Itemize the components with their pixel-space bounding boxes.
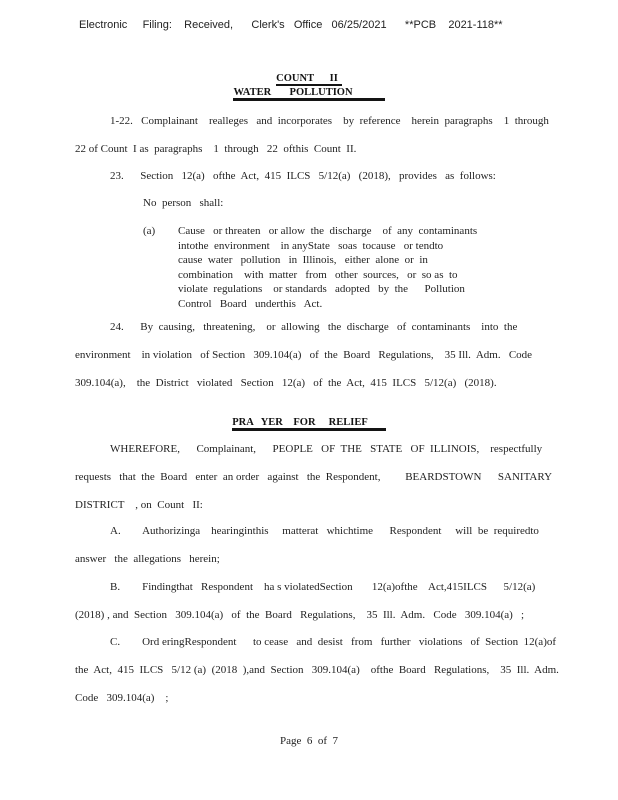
prayer-heading-text: PRA YER FOR RELIEF — [232, 417, 386, 431]
paragraph-line: 309.104(a), the District violated Sectio… — [75, 369, 585, 397]
count-heading-line2: WATER POLLUTION — [0, 86, 618, 100]
paragraph-line: Code 309.104(a) ; — [75, 684, 585, 712]
paragraph-line: 24. By causing, threatening, or allowing… — [75, 313, 585, 341]
paragraph-line: 23. Section 12(a) ofthe Act, 415 ILCS 5/… — [75, 162, 585, 190]
page-number-footer: Page 6 of 7 — [0, 735, 618, 747]
subparagraph-line: combination with matter from other sourc… — [178, 268, 498, 283]
subparagraph-line: violate regulations or standards adopted… — [178, 282, 498, 297]
paragraph-line: 22 of Count I as paragraphs 1 through 22… — [75, 135, 585, 163]
count-heading: COUNT II WATER POLLUTION — [0, 72, 618, 100]
paragraph-line: DISTRICT , on Count II: — [75, 491, 585, 519]
count-heading-title: COUNT II — [276, 73, 342, 86]
subparagraph-line: Cause or threaten or allow the discharge… — [178, 224, 498, 239]
paragraph-line: (2018) , and Section 309.104(a) of the B… — [75, 601, 585, 629]
paragraph-line: 1-22. Complainant realleges and incorpor… — [75, 107, 585, 135]
paragraph-line: requests that the Board enter an order a… — [75, 463, 585, 491]
paragraph-1-22: 1-22. Complainant realleges and incorpor… — [75, 107, 585, 163]
paragraph-line: answer the allegations herein; — [75, 545, 585, 573]
relief-item-c: C. Ord eringRespondent to cease and desi… — [75, 628, 585, 712]
paragraph-line: C. Ord eringRespondent to cease and desi… — [75, 628, 585, 656]
paragraph-line: WHEREFORE, Complainant, PEOPLE OF THE ST… — [75, 435, 585, 463]
relief-item-b: B. Findingthat Respondent ha s violatedS… — [75, 573, 585, 629]
paragraph-line: B. Findingthat Respondent ha s violatedS… — [75, 573, 585, 601]
paragraph-24: 24. By causing, threatening, or allowing… — [75, 313, 585, 397]
subparagraph-a-block: Cause or threaten or allow the discharge… — [178, 224, 498, 311]
count-heading-line1: COUNT II — [0, 72, 618, 86]
filing-header: Electronic Filing: Received, Clerk's Off… — [79, 19, 503, 31]
subparagraph-line: intothe environment in anyState soas toc… — [178, 239, 498, 254]
no-person-shall-line: No person shall: — [143, 197, 223, 209]
document-page: Electronic Filing: Received, Clerk's Off… — [0, 0, 618, 800]
paragraph-line: the Act, 415 ILCS 5/12 (a) (2018 ),and S… — [75, 656, 585, 684]
count-heading-subtitle: WATER POLLUTION — [233, 87, 384, 101]
prayer-for-relief-heading: PRA YER FOR RELIEF — [0, 416, 618, 430]
paragraph-line: A. Authorizinga hearinginthis matterat w… — [75, 517, 585, 545]
paragraph-line: environment in violation of Section 309.… — [75, 341, 585, 369]
wherefore-paragraph: WHEREFORE, Complainant, PEOPLE OF THE ST… — [75, 435, 585, 519]
relief-item-a: A. Authorizinga hearinginthis matterat w… — [75, 517, 585, 573]
paragraph-23: 23. Section 12(a) ofthe Act, 415 ILCS 5/… — [75, 162, 585, 190]
subparagraph-line: cause water pollution in Illinois, eithe… — [178, 253, 498, 268]
subparagraph-line: Control Board underthis Act. — [178, 297, 498, 312]
subparagraph-a-label: (a) — [143, 225, 155, 237]
